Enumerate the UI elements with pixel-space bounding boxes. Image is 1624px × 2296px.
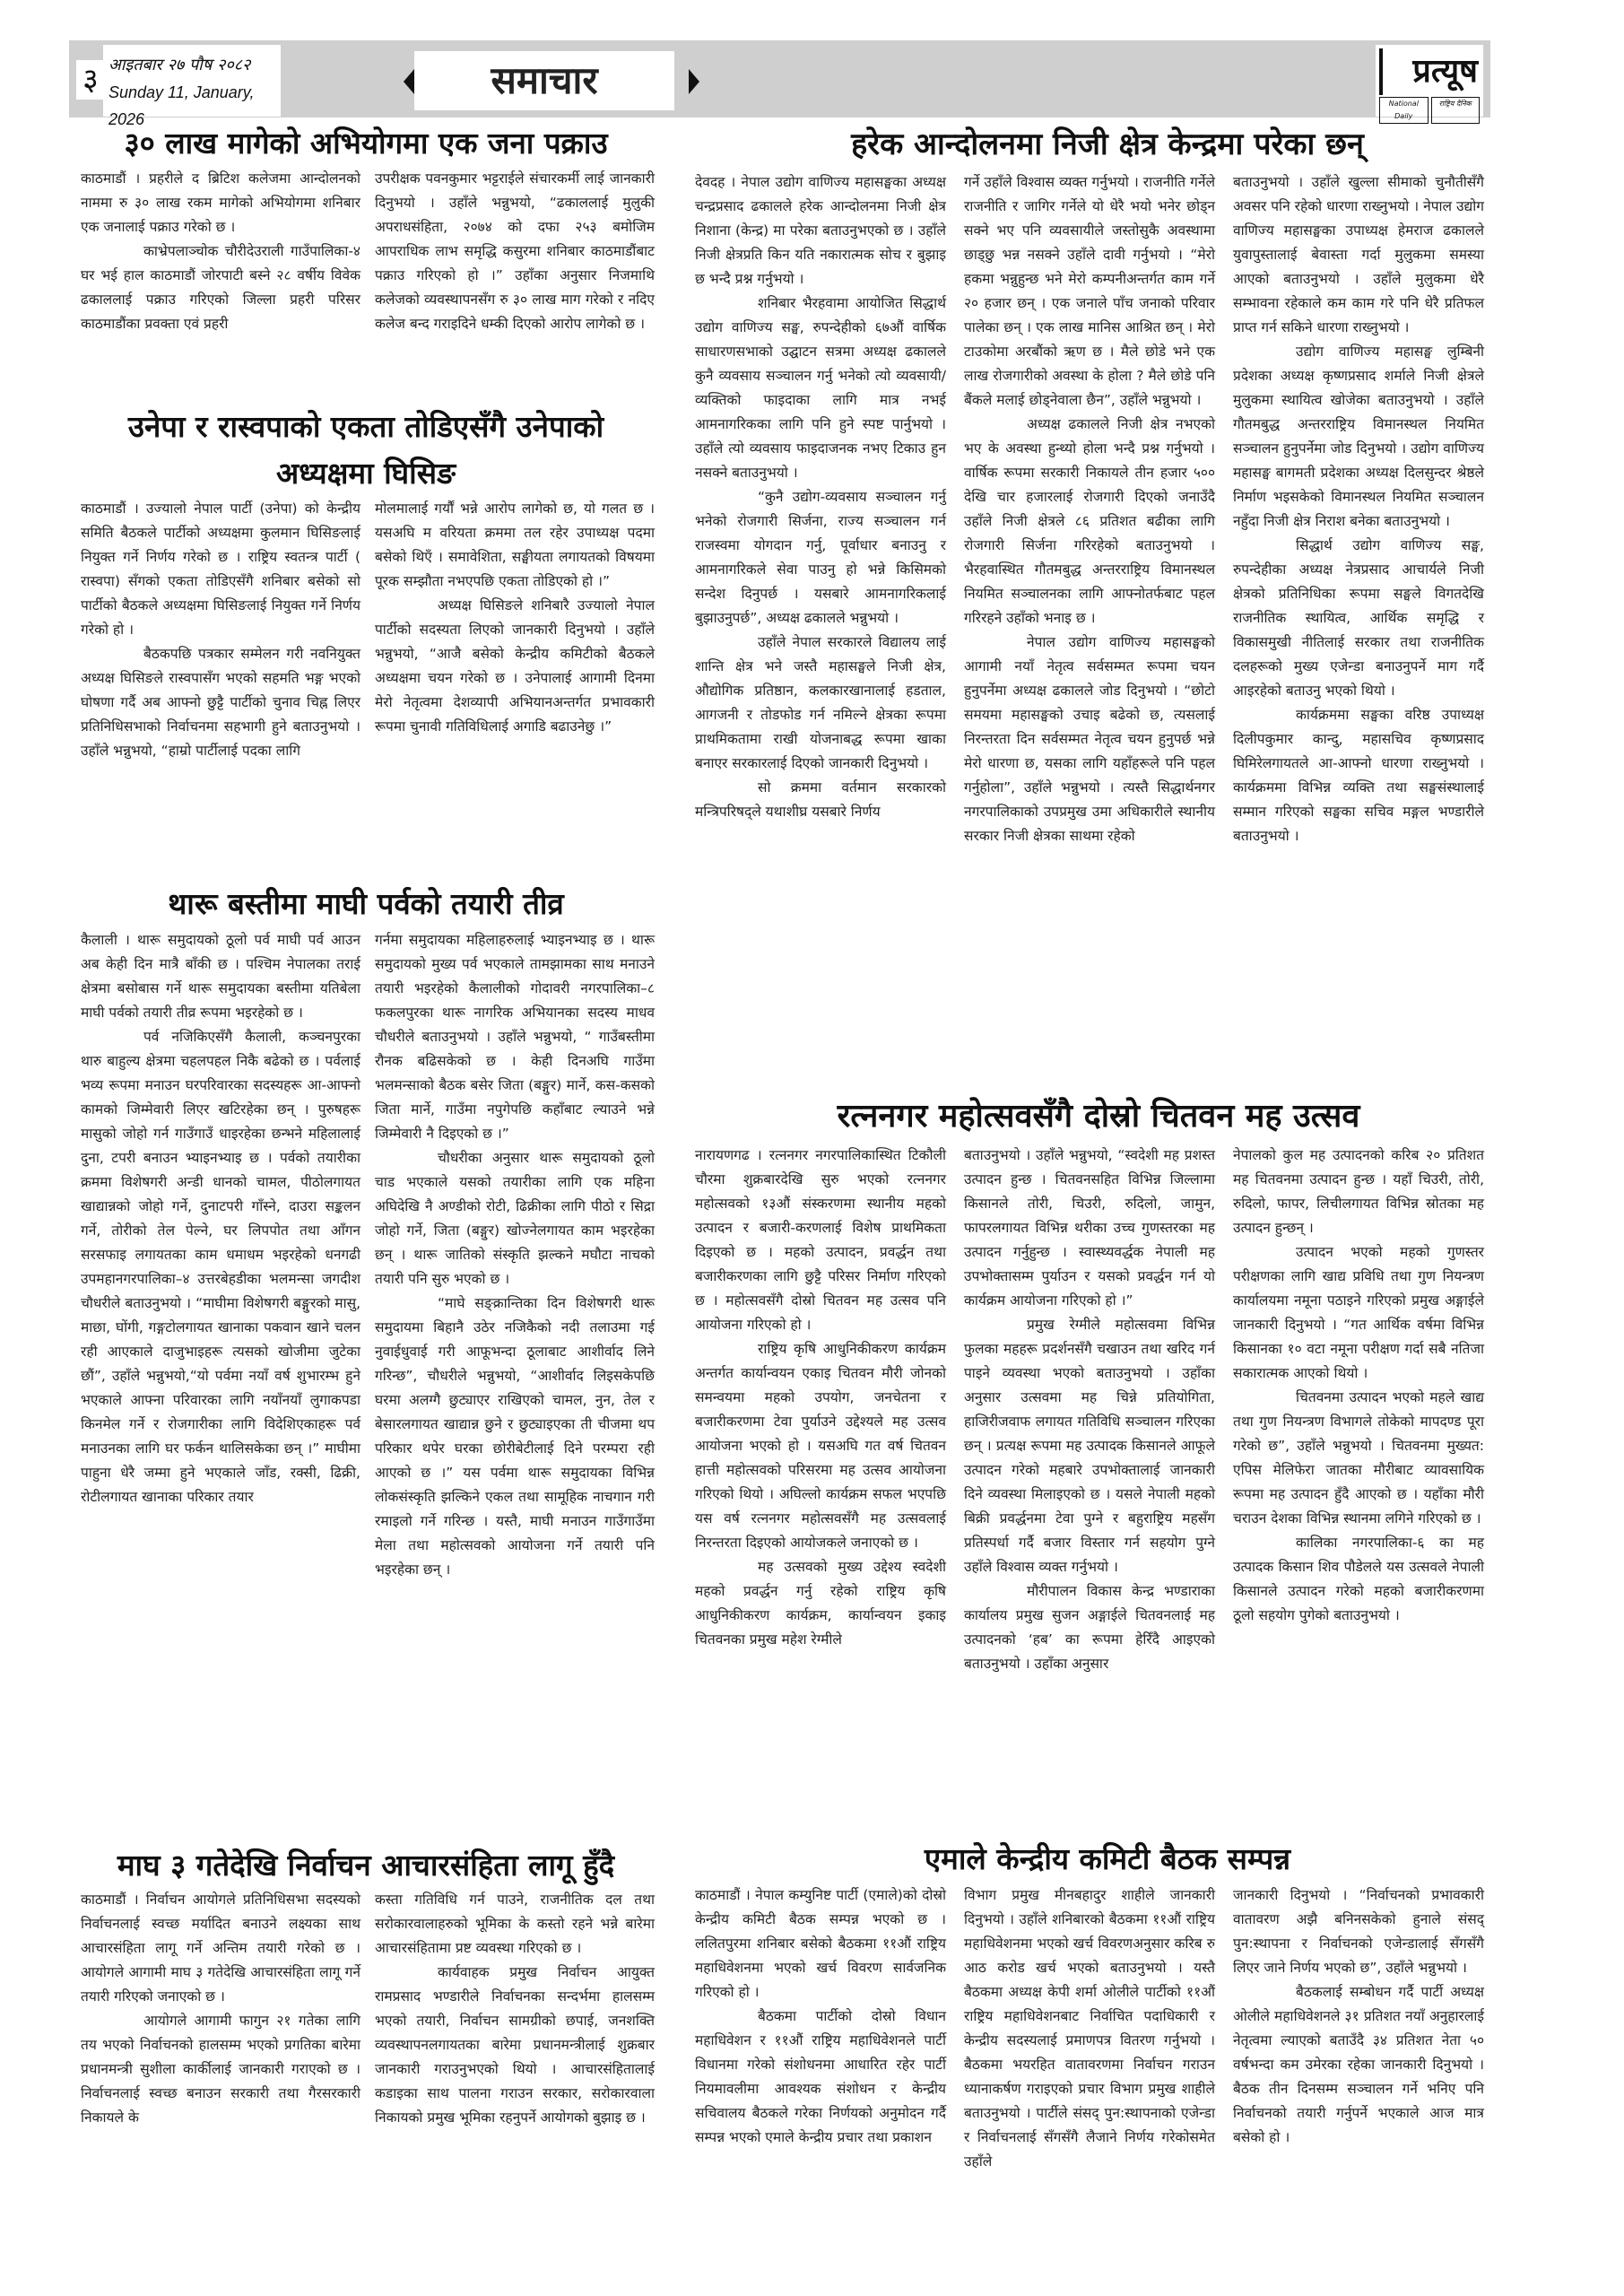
article-column: काठमाडौं । उज्यालो नेपाल पार्टी (उनेपा) … [81,497,360,874]
article-column: बताउनुभयो । उहाँले खुल्ला सीमाको चुनौतीस… [1233,170,1484,1067]
paragraph: काठमाडौं । निर्वाचन आयोगले प्रतिनिधिसभा … [81,1888,360,2009]
paragraph: नेपाल उद्योग वाणिज्य महासङ्घको आगामी नया… [964,631,1215,848]
article-column: उपरीक्षक पवनकुमार भट्टराईले संचारकर्मी ल… [375,167,655,366]
article-body: देवदह । नेपाल उद्योग वाणिज्य महासङ्घका अ… [695,170,1484,1067]
logo-tag-en: National Daily [1379,97,1429,124]
paragraph: चौधरीका अनुसार थारू समुदायको ठूलो चाड भए… [375,1146,655,1291]
paragraph: मह उत्सवको मुख्य उद्देश्य स्वदेशी महको प… [695,1555,946,1652]
paragraph: बैठकमा पार्टीको दोस्रो विधान महाधिवेशन र… [695,2005,946,2150]
paragraph: गर्ने उहाँले विश्वास व्यक्त गर्नुभयो । र… [964,170,1215,413]
article-column: काठमाडौं । निर्वाचन आयोगले प्रतिनिधिसभा … [81,1888,360,2247]
article-column: गर्ने उहाँले विश्वास व्यक्त गर्नुभयो । र… [964,170,1215,1067]
article-column: देवदह । नेपाल उद्योग वाणिज्य महासङ्घका अ… [695,170,946,1067]
article-headline-line2: अध्यक्षमा घिसिङ [70,453,662,494]
paragraph: मोलमालाई गर्यौं भन्ने आरोप लागेको छ, यो … [375,497,655,594]
paragraph: विभाग प्रमुख मीनबहादुर शाहीले जानकारी दि… [964,1883,1215,2174]
logo-tag-np: राष्ट्रिय दैनिक [1431,97,1481,124]
article-column: नारायणगढ । रत्ननगर नगरपालिकास्थित टिकौली… [695,1144,946,1798]
article-headline: माघ ३ गतेदेखि निर्वाचन आचारसंहिता लागू ह… [70,1845,662,1886]
page-number: ३ [76,60,105,100]
paragraph: गर्नमा समुदायका महिलाहरुलाई भ्याइनभ्याइ … [375,928,655,1146]
article-column: विभाग प्रमुख मीनबहादुर शाहीले जानकारी दि… [964,1883,1215,2260]
paragraph: बैठकलाई सम्बोधन गर्दै पार्टी अध्यक्ष ओली… [1233,1980,1484,2150]
article-column: बताउनुभयो । उहाँले भन्नुभयो, “स्वदेशी मह… [964,1144,1215,1798]
article-column: नेपालको कुल मह उत्पादनको करिब २० प्रतिशत… [1233,1144,1484,1798]
article-body: नारायणगढ । रत्ननगर नगरपालिकास्थित टिकौली… [695,1144,1484,1798]
section-title: समाचार [414,51,674,110]
paragraph: चितवनमा उत्पादन भएको महले खाद्य तथा गुण … [1233,1386,1484,1531]
date-box: आइतबार २७ पौष २०८२ Sunday 11, January, 2… [103,45,281,117]
paragraph: कालिका नगरपालिका-६ का मह उत्पादक किसान श… [1233,1531,1484,1628]
paragraph: शनिबार भैरहवामा आयोजित सिद्धार्थ उद्योग … [695,291,946,485]
paragraph: अध्यक्ष ढकालले निजी क्षेत्र नभएको भए के … [964,413,1215,631]
paragraph: उद्योग वाणिज्य महासङ्घ लुम्बिनी प्रदेशका… [1233,340,1484,534]
logo-name: प्रत्यूष [1379,48,1480,95]
paragraph: कस्ता गतिविधि गर्न पाउने, राजनीतिक दल तथ… [375,1888,655,1961]
paragraph: आयोगले आगामी फागुन २१ गतेका लागि तय भएको… [81,2009,360,2130]
article-headline: थारू बस्तीमा माघी पर्वको तयारी तीव्र [70,883,662,925]
paragraph: काठमाडौं । प्रहरीले द ब्रिटिश कलेजमा आन्… [81,167,360,239]
article-body: काठमाडौं । निर्वाचन आयोगले प्रतिनिधिसभा … [81,1888,655,2247]
article-headline: हरेक आन्दोलनमा निजी क्षेत्र केन्द्रमा पर… [673,123,1489,166]
article-headline: उनेपा र रास्वपाको एकता तोडिएसँगै उनेपाको [70,406,662,448]
article-body: काठमाडौं । नेपाल कम्युनिष्ट पार्टी (एमाल… [695,1883,1484,2260]
paragraph: नेपालको कुल मह उत्पादनको करिब २० प्रतिशत… [1233,1144,1484,1240]
paragraph: कैलाली । थारू समुदायको ठूलो पर्व माघी पर… [81,928,360,1025]
article-column: कैलाली । थारू समुदायको ठूलो पर्व माघी पर… [81,928,360,1834]
paragraph: बताउनुभयो । उहाँले खुल्ला सीमाको चुनौतीस… [1233,170,1484,340]
paragraph: कार्यवाहक प्रमुख निर्वाचन आयुक्त रामप्रस… [375,1961,655,2130]
paragraph: काठमाडौं । नेपाल कम्युनिष्ट पार्टी (एमाल… [695,1883,946,2005]
paragraph: नारायणगढ । रत्ननगर नगरपालिकास्थित टिकौली… [695,1144,946,1337]
article-column: काठमाडौं । नेपाल कम्युनिष्ट पार्टी (एमाल… [695,1883,946,2260]
paragraph: बैठकपछि पत्रकार सम्मेलन गरी नवनियुक्त अध… [81,642,360,763]
article-column: काठमाडौं । प्रहरीले द ब्रिटिश कलेजमा आन्… [81,167,360,366]
paragraph: उहाँले नेपाल सरकारले विद्यालय लाई शान्ति… [695,631,946,776]
newspaper-logo: प्रत्यूष National Daily राष्ट्रिय दैनिक [1376,45,1483,117]
article-headline: रत्ननगर महोत्सवसँगै दोस्रो चितवन मह उत्स… [673,1094,1489,1139]
paragraph: मौरीपालन विकास केन्द्र भण्डाराका कार्याल… [964,1579,1215,1676]
paragraph: प्रमुख रेग्मीले महोत्सवमा विभिन्न फुलका … [964,1313,1215,1579]
section-nav: समाचार [404,51,699,110]
paragraph: पर्व नजिकिएसँगै कैलाली, कञ्चनपुरका थारु … [81,1025,360,1509]
article-column: जानकारी दिनुभयो । “निर्वाचनको प्रभावकारी… [1233,1883,1484,2260]
paragraph: “कुनै उद्योग-व्यवसाय सञ्चालन गर्नु भनेको… [695,485,946,631]
article-column: मोलमालाई गर्यौं भन्ने आरोप लागेको छ, यो … [375,497,655,874]
article-headline: ३० लाख मागेको अभियोगमा एक जना पक्राउ [70,123,662,164]
arrow-left-icon[interactable] [404,69,414,94]
paragraph: अध्यक्ष घिसिङले शनिबारै उज्यालो नेपाल पा… [375,594,655,739]
paragraph: देवदह । नेपाल उद्योग वाणिज्य महासङ्घका अ… [695,170,946,291]
masthead: ३ आइतबार २७ पौष २०८२ Sunday 11, January,… [69,40,1490,117]
paragraph: बताउनुभयो । उहाँले भन्नुभयो, “स्वदेशी मह… [964,1144,1215,1313]
paragraph: काभ्रेपलाञ्चोक चौरीदेउराली गाउँपालिका-४ … [81,239,360,336]
article-body: काठमाडौं । उज्यालो नेपाल पार्टी (उनेपा) … [81,497,655,874]
paragraph: सिद्धार्थ उद्योग वाणिज्य सङ्घ, रुपन्देही… [1233,534,1484,703]
paragraph: कार्यक्रममा सङ्घका वरिष्ठ उपाध्यक्ष दिली… [1233,703,1484,848]
date-nepali: आइतबार २७ पौष २०८२ [109,52,275,79]
paragraph: काठमाडौं । उज्यालो नेपाल पार्टी (उनेपा) … [81,497,360,642]
paragraph: जानकारी दिनुभयो । “निर्वाचनको प्रभावकारी… [1233,1883,1484,1980]
paragraph: उपरीक्षक पवनकुमार भट्टराईले संचारकर्मी ल… [375,167,655,336]
paragraph: उत्पादन भएको महको गुणस्तर परीक्षणका लागि… [1233,1240,1484,1386]
paragraph: सो क्रममा वर्तमान सरकारको मन्त्रिपरिषद्ल… [695,776,946,824]
article-body: कैलाली । थारू समुदायको ठूलो पर्व माघी पर… [81,928,655,1834]
paragraph: “माघे सङ्क्रान्तिका दिन विशेषगरी थारू सम… [375,1291,655,1582]
article-headline: एमाले केन्द्रीय कमिटी बैठक सम्पन्न [673,1839,1489,1880]
article-column: कस्ता गतिविधि गर्न पाउने, राजनीतिक दल तथ… [375,1888,655,2247]
article-column: गर्नमा समुदायका महिलाहरुलाई भ्याइनभ्याइ … [375,928,655,1834]
paragraph: राष्ट्रिय कृषि आधुनिकीकरण कार्यक्रम अन्त… [695,1337,946,1555]
arrow-right-icon[interactable] [689,69,699,94]
article-body: काठमाडौं । प्रहरीले द ब्रिटिश कलेजमा आन्… [81,167,655,366]
